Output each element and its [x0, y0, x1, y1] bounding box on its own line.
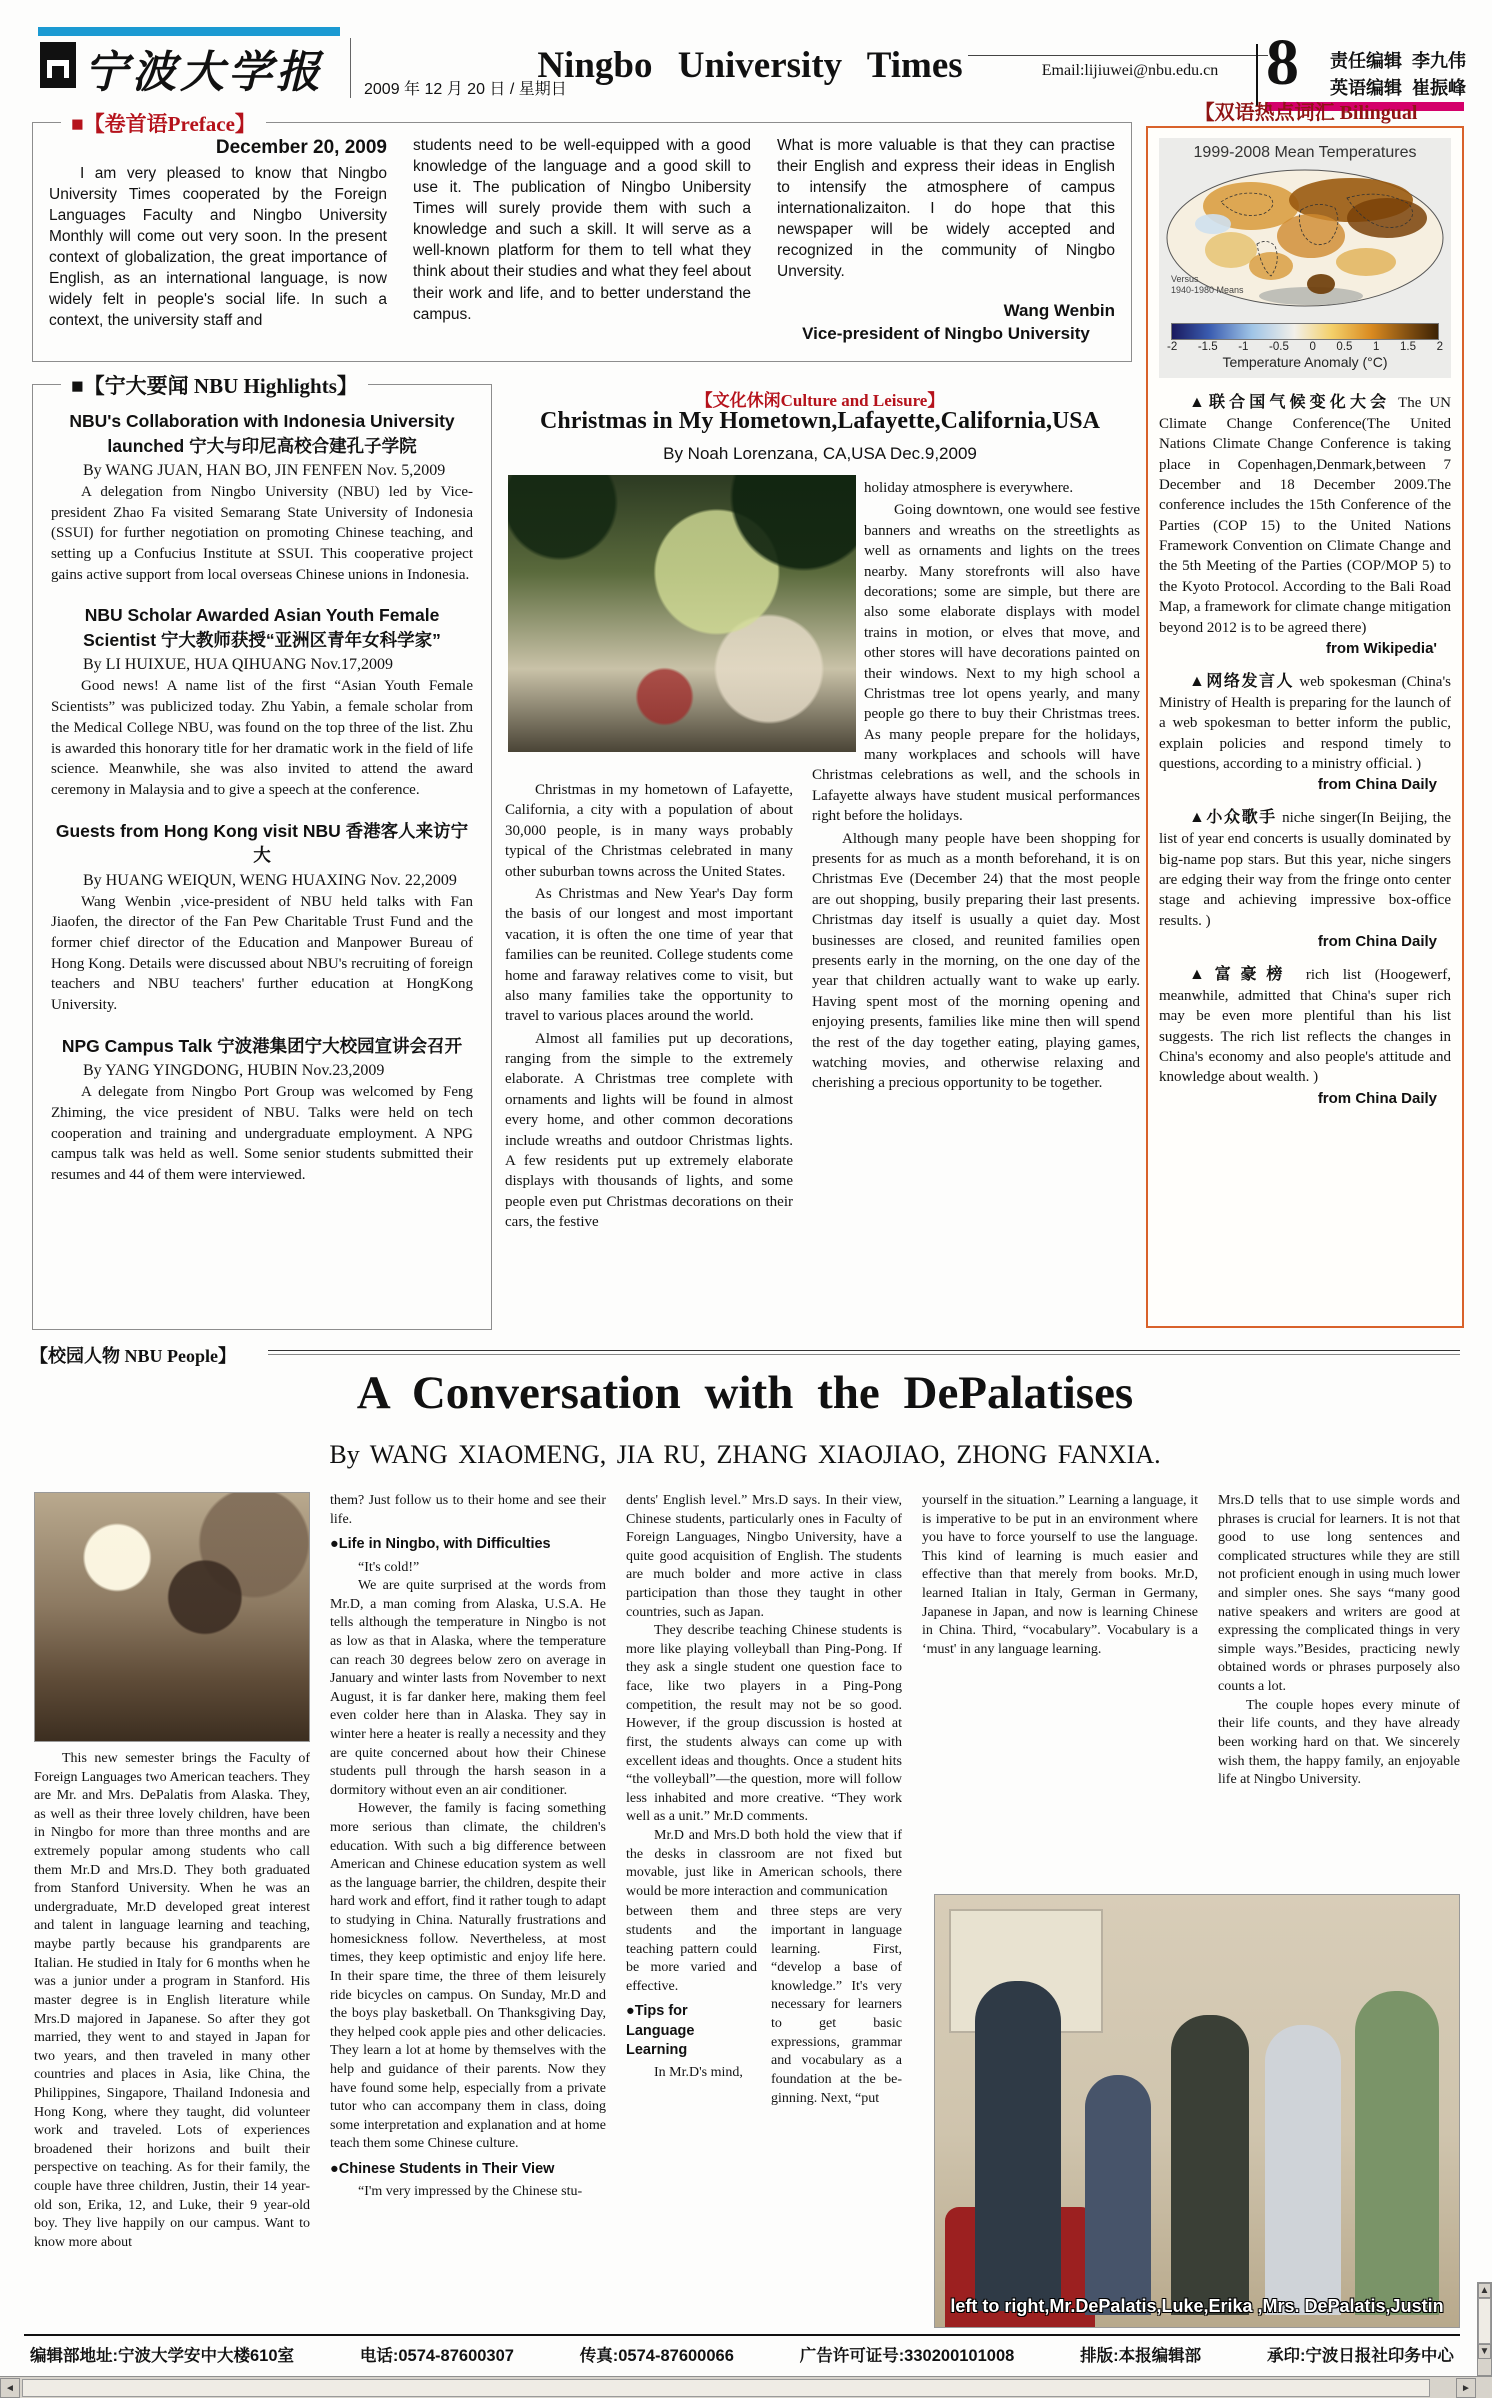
highlight-byline: By WANG JUAN, HAN BO, JIN FENFEN Nov. 5,… [51, 462, 473, 480]
mean-temperatures-figure: 1999-2008 Mean Temperatures [1159, 138, 1451, 378]
preface-label: ■【卷首语Preface】 [61, 108, 266, 138]
buzzword-source: from Wikipedia' [1159, 640, 1451, 657]
page-number: 8 [1266, 30, 1299, 96]
people-rule [268, 1350, 1460, 1355]
preface-col2: students need to be well-equipped with a… [413, 135, 751, 343]
preface-box: ■【卷首语Preface】 December 20, 2009 I am ver… [32, 122, 1132, 362]
buzzword-term: ▲网络发言人 [1189, 673, 1294, 690]
highlights-box: ■【宁大要闻 NBU Highlights】 NBU's Collaborati… [32, 384, 492, 1330]
highlight-body: Good news! A name list of the first “Asi… [51, 676, 473, 800]
people-label: 【校园人物 NBU People】 [30, 1342, 236, 1368]
footer-phone: 电话:0574-87600307 [360, 2342, 514, 2366]
vertical-scroll-thumb[interactable] [1478, 2298, 1491, 2344]
people-byline: By WANG XIAOMENG, JIA RU, ZHANG XIAOJIAO… [30, 1440, 1460, 1470]
culture-col2: holiday atmosphere is everywhere. Going … [812, 478, 1140, 1330]
highlight-byline: By YANG YINGDONG, HUBIN Nov.23,2009 [51, 1062, 473, 1080]
buzzword-body: niche singer(In Beijing, the list of yea… [1159, 810, 1451, 928]
highlight-body: A delegation from Ningbo University (NBU… [51, 482, 473, 585]
family-photo-caption: left to right,Mr.DePalatis,Luke,Erika ,M… [935, 2296, 1459, 2317]
buzzword-source: from China Daily [1159, 1090, 1451, 1107]
family-figure [1085, 2075, 1151, 2315]
people-subhead-life-in-ningbo: ●Life in Ningbo, with Difficulties [330, 1535, 606, 1554]
map-versus-line2: 1940-1980 Means [1171, 285, 1244, 295]
map-versus-line1: Versus [1171, 274, 1199, 284]
people-title: A Conversation with the DePalatises [30, 1366, 1460, 1420]
buzzword-term: ▲富豪榜 [1189, 966, 1292, 983]
masthead-divider [350, 38, 351, 98]
highlight-title: NBU's Collaboration with Indonesia Unive… [51, 409, 473, 458]
editor-name-1: 李九伟 [1412, 51, 1466, 71]
scroll-left-button[interactable]: ◄ [0, 2378, 20, 2398]
buzzword-source: from China Daily [1159, 933, 1451, 950]
family-figure [1355, 1991, 1439, 2315]
footer-info: 编辑部地址:宁波大学安中大楼610室 电话:0574-87600307 传真:0… [30, 2342, 1454, 2366]
horizontal-scroll-thumb[interactable] [22, 2379, 1430, 2397]
buzzword-term: ▲小众歌手 [1189, 809, 1277, 826]
editor-role-2: 英语编辑 [1330, 78, 1402, 98]
masthead-blue-bar [38, 27, 340, 36]
buzzword-item: ▲富豪榜 rich list (Hoogewerf, meanwhile, ad… [1159, 964, 1451, 1107]
people-col5: Mrs.D tells that to use simple words and… [1218, 1492, 1460, 1888]
buzzword-body: The UN Climate Change Conference(The Uni… [1159, 395, 1451, 636]
horizontal-scrollbar[interactable]: ◄ ► [0, 2376, 1492, 2398]
footer-rule [24, 2334, 1460, 2336]
people-col2: them? Just follow us to their home and s… [330, 1492, 606, 2332]
people-col3-mini-left: between them and students and the teachi… [626, 1903, 757, 2108]
buzzword-item: ▲联合国气候变化大会 The UN Climate Change Confere… [1159, 392, 1451, 657]
buzzword-item: ▲网络发言人 web spokesman (China's Ministry o… [1159, 671, 1451, 793]
highlight-body: Wang Wenbin ,vice-president of NBU held … [51, 892, 473, 1016]
people-col3-mini-right: three steps are very important in langua… [771, 1903, 902, 2108]
buzzword-body: rich list (Hoogewerf, meanwhile, admitte… [1159, 967, 1451, 1085]
mr-depalatis-desk-photo [34, 1492, 310, 1742]
map-title: 1999-2008 Mean Temperatures [1161, 144, 1449, 162]
people-col3: dents' English level.” Mrs.D says. In th… [626, 1492, 902, 2332]
highlight-title: NBU Scholar Awarded Asian Youth Female S… [51, 603, 473, 652]
highlight-byline: By LI HUIXUE, HUA QIHUANG Nov.17,2009 [51, 656, 473, 674]
highlight-title: Guests from Hong Kong visit NBU 香港客人来访宁大 [51, 819, 473, 868]
buzzword-term: ▲联合国气候变化大会 [1189, 394, 1390, 411]
culture-col1: Christmas in my hometown of Lafayette, C… [505, 780, 793, 1330]
map-scale-label: Temperature Anomaly (°C) [1161, 354, 1449, 370]
scroll-right-button[interactable]: ► [1456, 2378, 1476, 2398]
highlight-item: NBU Scholar Awarded Asian Youth Female S… [51, 603, 473, 800]
email-rule [968, 55, 1268, 56]
highlight-byline: By HUANG WEIQUN, WENG HUAXING Nov. 22,20… [51, 872, 473, 890]
people-col1: This new semester brings the Faculty of … [34, 1492, 310, 2336]
preface-date: December 20, 2009 [49, 135, 387, 161]
scroll-up-button[interactable]: ▲ [1478, 2283, 1491, 2298]
preface-sign-title: Vice-president of Ningbo University [777, 322, 1115, 343]
footer-address: 编辑部地址:宁波大学安中大楼610室 [30, 2342, 294, 2366]
depalatis-family-photo: left to right,Mr.DePalatis,Luke,Erika ,M… [934, 1894, 1460, 2328]
masthead-email: Email:lijiuwei@nbu.edu.cn [1000, 62, 1260, 80]
footer-printer: 承印:宁波日报社印务中心 [1267, 2342, 1454, 2366]
people-col4: yourself in the situation.” Learning a l… [922, 1492, 1198, 1888]
culture-byline: By Noah Lorenzana, CA,USA Dec.9,2009 [500, 444, 1140, 464]
footer-fax: 传真:0574-87600066 [580, 2342, 734, 2366]
photo-wrap-spacer [812, 478, 864, 758]
masthead-emblem [40, 42, 76, 88]
christmas-hometown-photo [508, 475, 856, 752]
scrollbar-corner [1476, 2378, 1492, 2398]
world-temperature-map: Versus 1940-1980 Means [1161, 166, 1449, 314]
newspaper-title: Ningbo University Times [470, 44, 1030, 87]
highlight-body: A delegate from Ningbo Port Group was we… [51, 1082, 473, 1185]
people-subhead-chinese-students: ●Chinese Students in Their View [330, 2160, 606, 2179]
family-figure [1265, 2025, 1341, 2315]
newspaper-page: 宁波大学报 2009 年 12 月 20 日 / 星期日 Ningbo Univ… [0, 0, 1492, 2398]
footer-typesetting: 排版:本报编辑部 [1080, 2342, 1201, 2366]
buzzword-source: from China Daily [1159, 776, 1451, 793]
preface-sign-name: Wang Wenbin [777, 299, 1115, 322]
highlight-title: NPG Campus Talk 宁波港集团宁大校园宣讲会召开 [51, 1034, 473, 1059]
highlight-item: NBU's Collaboration with Indonesia Unive… [51, 409, 473, 585]
editor-lines: 责任编辑 李九伟 英语编辑 崔振峰 [1330, 48, 1466, 102]
scroll-down-button[interactable]: ▼ [1478, 2344, 1491, 2359]
people-col3-mini-columns: between them and students and the teachi… [626, 1903, 902, 2108]
culture-title: Christmas in My Hometown,Lafayette,Calif… [500, 408, 1140, 435]
highlights-label: ■【宁大要闻 NBU Highlights】 [61, 370, 368, 400]
buzzword-item: ▲小众歌手 niche singer(In Beijing, the list … [1159, 807, 1451, 950]
masthead-logo-cn: 宁波大学报 [84, 36, 324, 100]
footer-ad-license: 广告许可证号:330200101008 [800, 2342, 1015, 2366]
family-figure [975, 1981, 1061, 2311]
preface-col3: What is more valuable is that they can p… [777, 135, 1115, 343]
map-scale-ticks: -2-1.5-1-0.500.511.52 [1167, 341, 1443, 353]
highlight-item: Guests from Hong Kong visit NBU 香港客人来访宁大… [51, 819, 473, 1016]
editor-name-2: 崔振峰 [1412, 78, 1466, 98]
highlight-item: NPG Campus Talk 宁波港集团宁大校园宣讲会召开 By YANG Y… [51, 1034, 473, 1186]
vertical-scrollbar[interactable]: ▲ ▼ [1477, 2282, 1492, 2376]
preface-col1: December 20, 2009 I am very pleased to k… [49, 135, 387, 343]
family-figure [1171, 2015, 1249, 2315]
buzzwords-box: 1999-2008 Mean Temperatures [1146, 126, 1464, 1328]
map-color-scale [1171, 323, 1439, 340]
editor-role-1: 责任编辑 [1330, 51, 1402, 71]
people-subhead-tips: ●Tips for Language Learning [626, 2002, 757, 2060]
